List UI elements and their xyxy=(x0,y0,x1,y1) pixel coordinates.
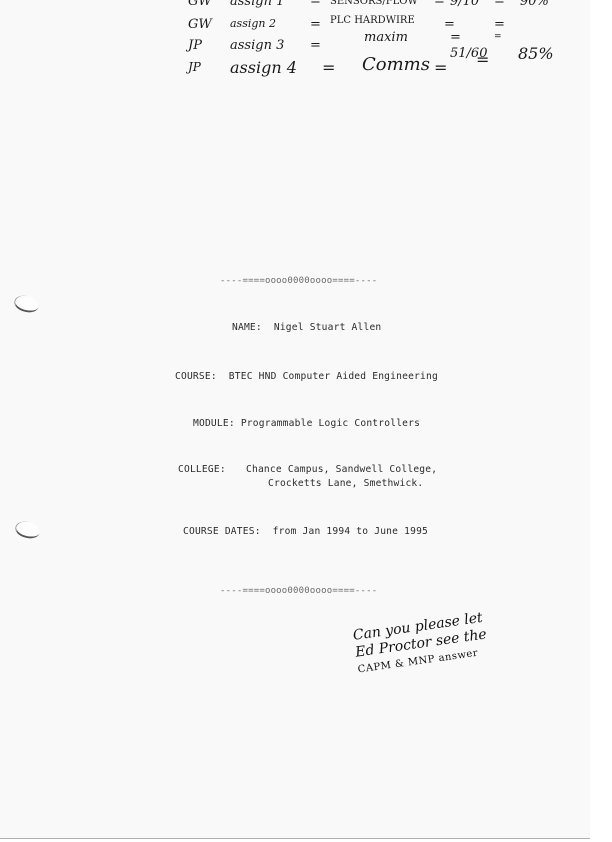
course-dates-label: COURSE DATES: xyxy=(183,526,261,537)
course-field: COURSE: BTEC HND Computer Aided Engineer… xyxy=(175,371,438,382)
assignment-label: assign 2 xyxy=(230,17,276,30)
module-field: MODULE: Programmable Logic Controllers xyxy=(193,418,420,429)
assignment-percent: 90% xyxy=(520,0,549,9)
equals-sign: = xyxy=(310,17,321,32)
assignment-topic: maxim xyxy=(364,30,408,45)
equals-sign: = xyxy=(310,38,321,53)
college-label: COLLEGE: xyxy=(178,464,226,475)
course-value: BTEC HND Computer Aided Engineering xyxy=(229,371,438,382)
assignment-topic: SENSORS/FLOW xyxy=(330,0,418,7)
equals-sign: = xyxy=(450,30,461,45)
module-label: MODULE: xyxy=(193,418,235,429)
name-field: NAME: Nigel Stuart Allen xyxy=(232,322,381,333)
assignment-topic: Comms xyxy=(362,54,430,75)
tutor-initials: GW xyxy=(188,17,212,32)
name-value: Nigel Stuart Allen xyxy=(274,322,382,333)
equals-sign: = xyxy=(494,32,502,42)
equals-sign: = xyxy=(434,58,447,77)
module-value: Programmable Logic Controllers xyxy=(241,418,420,429)
assignment-topic: PLC HARDWIRE xyxy=(330,15,415,26)
course-dates-field: COURSE DATES: from Jan 1994 to June 1995 xyxy=(183,526,428,537)
tutor-initials: GW xyxy=(188,0,212,9)
equals-sign: = xyxy=(494,17,505,32)
tutor-initials: JP xyxy=(188,60,201,74)
college-line-1: Chance Campus, Sandwell College, xyxy=(246,464,437,475)
equals-sign: = xyxy=(322,58,335,77)
college-line-2: Crocketts Lane, Smethwick. xyxy=(268,478,423,489)
assignment-percent: 85% xyxy=(518,44,554,63)
college-field: COLLEGE: xyxy=(178,464,226,475)
scanner-margin xyxy=(590,0,612,842)
name-label: NAME: xyxy=(232,322,262,333)
tutor-initials: JP xyxy=(188,38,202,53)
equals-sign: = xyxy=(434,0,445,9)
course-dates-value: from Jan 1994 to June 1995 xyxy=(273,526,428,537)
equals-sign: = xyxy=(476,50,489,69)
divider-ornament: ----====oooo0000oooo====---- xyxy=(220,586,377,596)
assignment-label: assign 3 xyxy=(230,38,284,53)
divider-ornament: ----====oooo0000oooo====---- xyxy=(220,276,377,286)
assignment-label: assign 1 xyxy=(230,0,284,9)
equals-sign: = xyxy=(310,0,321,9)
course-label: COURSE: xyxy=(175,371,217,382)
assignment-label: assign 4 xyxy=(230,58,297,77)
assignment-score: 9/10 xyxy=(450,0,479,9)
equals-sign: = xyxy=(494,0,505,9)
